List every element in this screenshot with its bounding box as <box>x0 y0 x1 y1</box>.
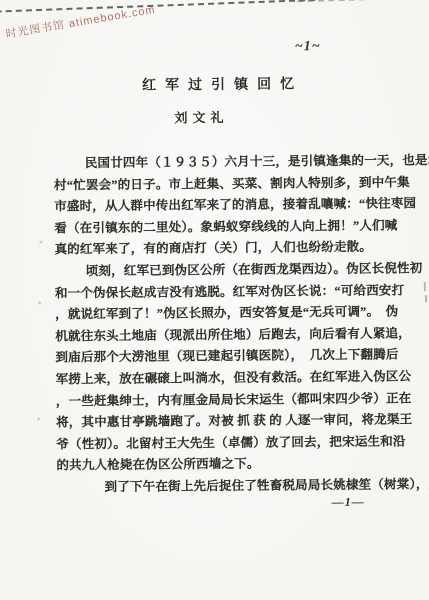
body-line: 机就往东头土地庙（现派出所住地）后跑去，向后看有人紧追， <box>55 323 411 348</box>
body-line: 的共九人枪毙在伪区公所西墙之下。 <box>56 453 412 478</box>
body-line: 和一个伪保长赵成吉没有逃脱。红军对伪区长说：“可给西安打 <box>55 280 411 305</box>
torn-edge-dashed-line <box>0 0 315 13</box>
scanned-document-page: 时光图书馆 atimebook.com ~1~ 红军过引镇回忆 刘文礼 民国廿四… <box>0 0 429 600</box>
body-line: 看（在引镇东的二里处）。象蚂蚁穿线线的人向上拥！”人们喊 <box>54 215 410 240</box>
body-line: ，就说红军到了！”伪区长照办，西安答复是“无兵可调”。 伪 <box>55 301 411 326</box>
body-line: 村“忙罢会”的日子。市上赶集、买菜、割肉人特别多，到中午集 <box>54 172 410 197</box>
scan-artifact <box>37 418 40 421</box>
body-line: 军捞上来，放在碾磙上叫淌水，但没有救活。在红军进入伪区公 <box>56 366 412 391</box>
document-title: 红军过引镇回忆 <box>142 73 303 94</box>
body-line: 到庙后那个大涝池里（现已建起引镇医院）， 几次上下翻腾后 <box>55 345 411 370</box>
scan-content: 时光图书馆 atimebook.com ~1~ 红军过引镇回忆 刘文礼 民国廿四… <box>0 0 429 600</box>
scan-artifact <box>39 240 42 243</box>
body-line: ，一些赶集绅士，内有厘金局局长宋运生（都叫宋四少爷）正在 <box>56 388 412 413</box>
page-number-bottom: —1— <box>332 495 365 510</box>
scan-artifact <box>38 302 41 305</box>
scan-artifact <box>424 282 426 291</box>
body-line: 市盛时，从人群中传出红军来了的消息，接着乱嚷喊：“快往枣园 <box>54 193 410 218</box>
body-text-block: 民国廿四年（１９３５）六月十三，是引镇逢集的一天，也是农 村“忙罢会”的日子。市… <box>54 150 413 499</box>
scan-artifact <box>425 295 427 302</box>
torn-edge-dashed-line-right <box>297 0 429 2</box>
page-number-top: ~1~ <box>295 39 321 55</box>
author-name: 刘文礼 <box>174 107 228 126</box>
body-line: 顷刻，红军已到伪区公所（在街西龙渠西边）。伪区长倪性初（宝 <box>55 258 411 283</box>
body-line: 爷（性初）。北留村王大先生（卓儒）放了回去，把宋运生和沿 <box>56 431 412 456</box>
body-line: 将，其中惠甘亭跳墙跑了。对被 抓 获 的 人逐一审问，将龙渠王 <box>56 409 412 434</box>
body-line: 民国廿四年（１９３５）六月十三，是引镇逢集的一天，也是农 <box>54 150 410 175</box>
body-line: 真的红军来了，有的商店打（关）门，人们也纷纷走散。 <box>54 237 410 262</box>
